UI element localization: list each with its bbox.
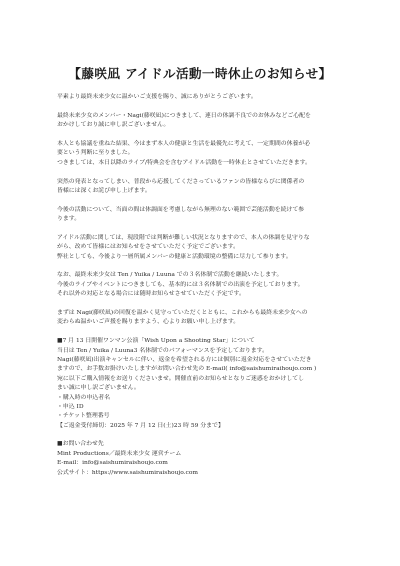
required-info-item: ・購入時の申込者名 (57, 394, 347, 403)
contact-website: 公式サイト：https://www.saishumiraishoujo.com (57, 469, 347, 478)
greeting-line: 平素より最終未来少女に温かいご支援を賜り、誠にありがとうございます。 (57, 93, 347, 102)
contact-section: ■お問い合わせ先 Mint Productions／最終未来少女 運営チーム E… (57, 440, 347, 478)
contact-heading: ■お問い合わせ先 (57, 440, 347, 449)
announcement-page: 【藤咲凪 アイドル活動一時休止のお知らせ】 平素より最終未来少女に温かいご支援を… (0, 0, 400, 566)
event-section: ■7 月 13 日開催ワンマン公演「Wish Upon a Shooting S… (57, 337, 347, 431)
paragraph-closing-request: まずは Nagi(藤咲凪)の回復を温かく見守っていただくとともに、これからも最終… (57, 309, 347, 328)
paragraph-decision: 本人とも協議を重ねた結果、今はまず本人の健康と生活を最優先に考えて、一定期間の休… (57, 140, 347, 168)
announcement-title: 【藤咲凪 アイドル活動一時休止のお知らせ】 (0, 64, 400, 82)
refund-deadline: 【ご返金受付締切：2025 年 7 月 12 日(土)23 時 59 分まで】 (57, 422, 347, 431)
paragraph-group-continuation: なお、最終未来少女は Ten / Yuika / Luuna での３名体制で活動… (57, 271, 347, 299)
announcement-body: 平素より最終未来少女に温かいご支援を賜り、誠にありがとうございます。 最終未来少… (57, 93, 347, 478)
required-info-item: ・チケット整理番号 (57, 412, 347, 421)
contact-organization: Mint Productions／最終未来少女 運営チーム (57, 450, 347, 459)
paragraph-idol-activity: アイドル活動に関しては、現段階では判断が難しい状況となりますので、本人の体調を見… (57, 234, 347, 262)
event-heading: ■7 月 13 日開催ワンマン公演「Wish Upon a Shooting S… (57, 337, 347, 346)
paragraph-future-activity: 今後の活動について、当面の間は体調面を考慮しながら無理のない範囲で芸能活動を続け… (57, 206, 347, 225)
paragraph-apology: 突然の発表となってしまい、普段から応援してくださっているファンの皆様ならびに関係… (57, 178, 347, 197)
paragraph-member-status: 最終未来少女のメンバー・Nagi(藤咲凪)につきまして、連日の体調不良でのお休み… (57, 112, 347, 131)
required-info-item: ・申込 ID (57, 403, 347, 412)
contact-email: E-mail：info@saishumiraishoujo.com (57, 459, 347, 468)
